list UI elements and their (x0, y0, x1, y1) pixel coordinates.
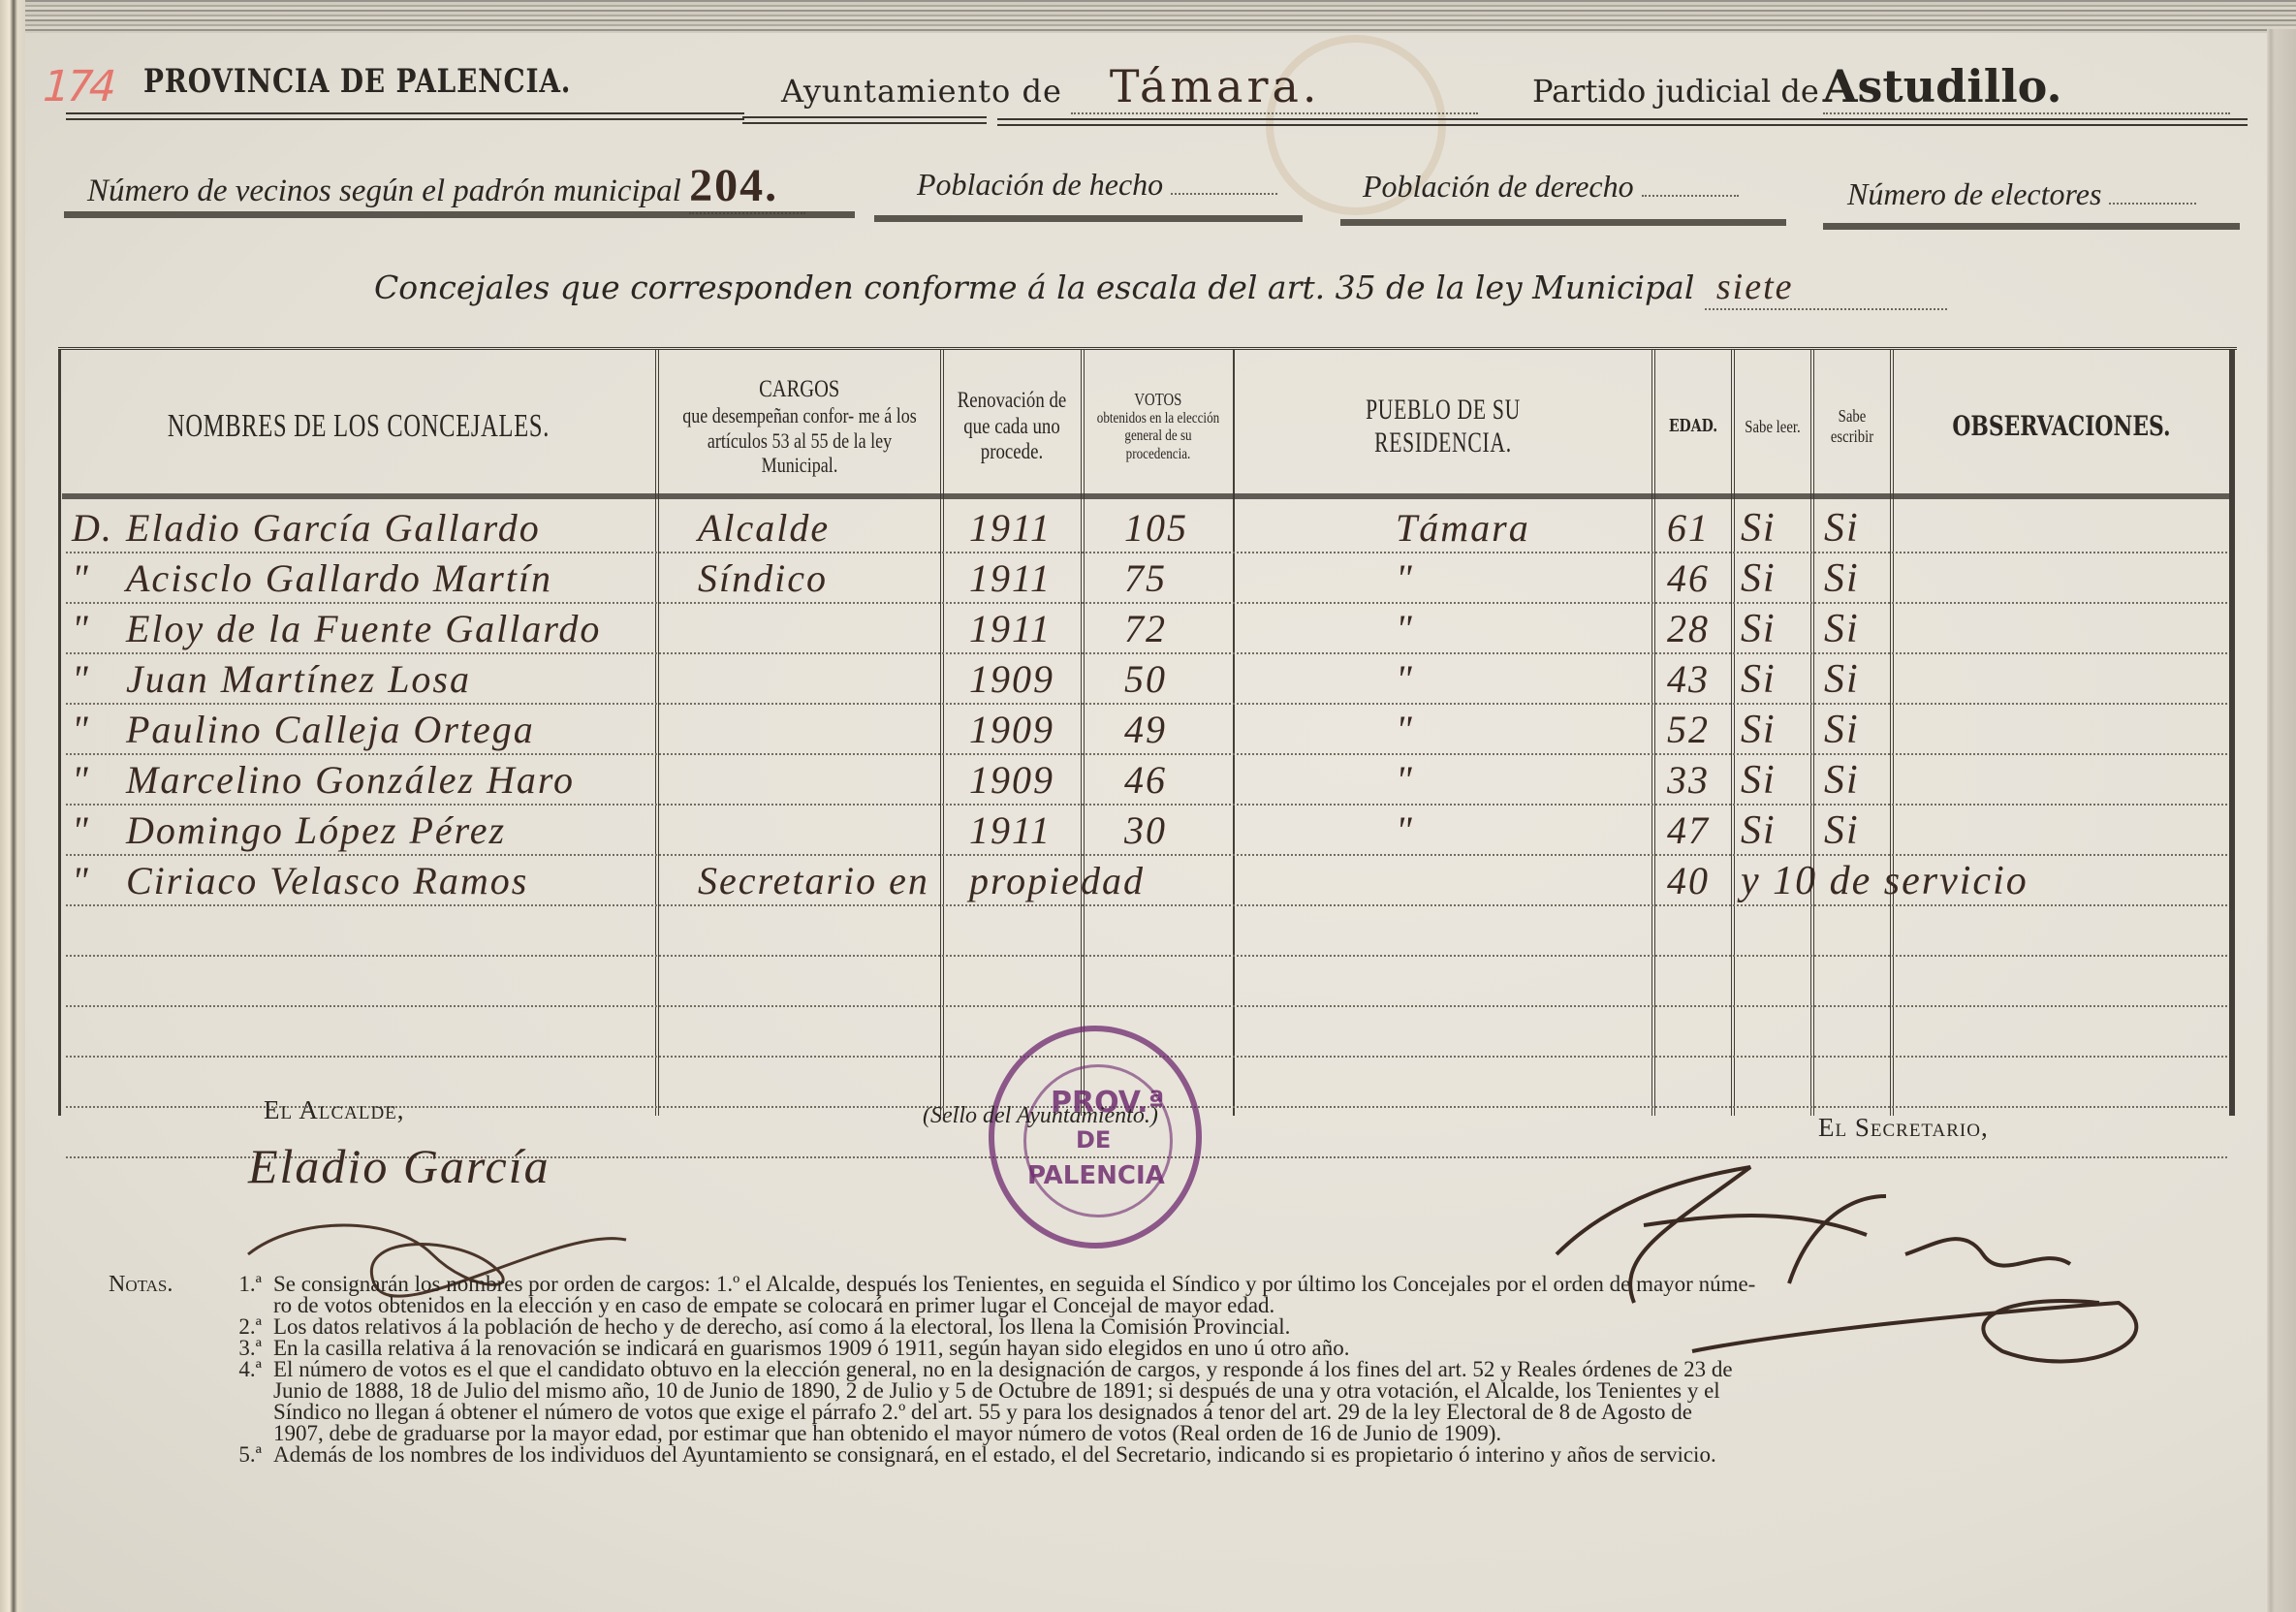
concejales-value: siete (1705, 266, 1947, 310)
note-line: 3.ªEn la casilla relativa á la renovació… (109, 1338, 2241, 1359)
cell-renovacion: 1909 (969, 707, 1054, 752)
cell-pueblo: " (1396, 555, 1414, 601)
cell-nombre: Domingo López Pérez (126, 807, 506, 853)
book-page-edges-top (0, 0, 2296, 33)
poblacion-hecho-value (1171, 193, 1277, 195)
poblacion-hecho-label: Población de hecho (917, 167, 1163, 202)
cell-renovacion: propiedad (969, 858, 1145, 903)
cell-leer: Si (1741, 757, 1777, 804)
cell-escribir: Si (1824, 555, 1860, 602)
concejales-label: Concejales que corresponden conforme á l… (374, 269, 1694, 306)
book-page-edges-right (2267, 29, 2296, 1612)
note-line: 2.ªLos datos relativos á la población de… (109, 1316, 2241, 1338)
cell-prefix: " (72, 757, 90, 803)
population-rule (64, 211, 855, 218)
row-dotted-line (66, 652, 2227, 654)
ayuntamiento-label: Ayuntamiento de (781, 73, 1062, 110)
cell-nombre: Eladio García Gallardo (126, 505, 541, 551)
cell-renovacion: 1909 (969, 656, 1054, 702)
cell-leer: y 10 de servicio (1741, 858, 2029, 904)
column-divider (1233, 350, 1235, 1116)
electores-label: Número de electores (1847, 176, 2101, 211)
poblacion-derecho-value (1642, 195, 1739, 197)
header-pueblo: PUEBLO DE SU RESIDENCIA. (1295, 363, 1592, 490)
column-divider (1810, 350, 1814, 1116)
poblacion-derecho-field: Población de derecho (1363, 169, 1739, 205)
ayuntamiento-field: Ayuntamiento de Támara. (781, 60, 1478, 114)
partido-label: Partido judicial de (1532, 73, 1819, 110)
row-dotted-line (66, 552, 2227, 553)
cell-escribir: Si (1824, 807, 1860, 854)
cell-edad: 43 (1667, 656, 1710, 702)
vecinos-field: Número de vecinos según el padrón munici… (87, 159, 805, 214)
cell-votos: 72 (1124, 606, 1167, 651)
header-bottom-rule (62, 493, 2229, 499)
header-edad: EDAD. (1664, 363, 1723, 490)
cell-pueblo: " (1396, 757, 1414, 803)
cell-pueblo: " (1396, 606, 1414, 651)
header-votos: VOTOS obtenidos en la elección general d… (1085, 363, 1231, 490)
cell-edad: 47 (1667, 807, 1710, 853)
row-dotted-line (66, 1005, 2227, 1007)
cell-escribir: Si (1824, 656, 1860, 703)
cell-pueblo: Támara (1396, 505, 1530, 551)
partido-field: Partido judicial de Astudillo. (1532, 60, 2230, 114)
book-binding-left (0, 0, 25, 1612)
column-divider (1651, 350, 1655, 1116)
cell-cargo: Síndico (698, 555, 828, 601)
cell-prefix: " (72, 807, 90, 853)
note-line: 5.ªAdemás de los nombres de los individu… (109, 1444, 2241, 1466)
header-cargos: CARGOS que desempeñan confor- me á los a… (659, 363, 940, 490)
cell-pueblo: " (1396, 707, 1414, 752)
cell-votos: 46 (1124, 757, 1167, 803)
cell-leer: Si (1741, 656, 1777, 703)
header-rule (742, 116, 987, 124)
cell-prefix: " (72, 707, 90, 752)
alcalde-signature: Eladio García (248, 1138, 550, 1194)
row-dotted-line (66, 854, 2227, 856)
header-observaciones: OBSERVACIONES. (1931, 363, 2192, 490)
cell-escribir: Si (1824, 606, 1860, 652)
header-rule (997, 118, 2248, 126)
cell-prefix: D. (72, 505, 113, 551)
cell-prefix: " (72, 656, 90, 702)
electores-value (2109, 203, 2196, 205)
row-dotted-line (66, 904, 2227, 906)
column-divider (1890, 350, 1894, 1116)
note-line: ro de votos obtenidos en la elección y e… (109, 1295, 2241, 1316)
cell-escribir: Si (1824, 505, 1860, 552)
cell-pueblo: " (1396, 807, 1414, 853)
row-dotted-line (66, 804, 2227, 806)
cell-votos: 105 (1124, 505, 1188, 551)
cell-votos: 49 (1124, 707, 1167, 752)
cell-renovacion: 1911 (969, 555, 1052, 601)
cell-prefix: " (72, 555, 90, 601)
notes-section: Notas.1.ªSe consignarán los nombres por … (109, 1274, 2241, 1466)
cell-leer: Si (1741, 707, 1777, 753)
cell-nombre: Ciriaco Velasco Ramos (126, 858, 528, 903)
cell-votos: 50 (1124, 656, 1167, 702)
note-line: Junio de 1888, 18 de Julio del mismo año… (109, 1380, 2241, 1402)
cell-nombre: Paulino Calleja Ortega (126, 707, 535, 752)
cell-edad: 40 (1667, 858, 1710, 903)
concejales-field: Concejales que corresponden conforme á l… (374, 266, 1947, 310)
note-line: Notas.1.ªSe consignarán los nombres por … (109, 1274, 2241, 1295)
cell-escribir: Si (1824, 707, 1860, 753)
note-line: 4.ªEl número de votos es el que el candi… (109, 1359, 2241, 1380)
provincia-title: PROVINCIA DE PALENCIA. (143, 62, 571, 101)
cell-edad: 46 (1667, 555, 1710, 601)
note-line: Síndico no llegan á obtener el número de… (109, 1402, 2241, 1423)
vecinos-value: 204. (689, 159, 805, 214)
alcalde-label: El Alcalde, (264, 1095, 405, 1125)
column-divider (1081, 350, 1085, 1116)
electores-field: Número de electores (1847, 176, 2196, 212)
sello-label: (Sello del Ayuntamiento.) (923, 1103, 1158, 1129)
table-border-left (58, 350, 61, 1116)
table-border-right (2229, 350, 2235, 1116)
column-divider (940, 350, 944, 1116)
cell-leer: Si (1741, 807, 1777, 854)
folio-number: 174 (37, 62, 119, 111)
poblacion-hecho-field: Población de hecho (917, 167, 1277, 203)
row-dotted-line (66, 703, 2227, 705)
row-dotted-line (66, 955, 2227, 957)
cell-edad: 28 (1667, 606, 1710, 651)
cell-votos: 30 (1124, 807, 1167, 853)
note-line: 1907, debe de graduarse por la mayor eda… (109, 1423, 2241, 1444)
cell-prefix: " (72, 606, 90, 651)
cell-pueblo: " (1396, 656, 1414, 702)
poblacion-derecho-label: Población de derecho (1363, 169, 1634, 204)
cell-nombre: Marcelino González Haro (126, 757, 575, 803)
concejales-table: NOMBRES DE LOS CONCEJALES. CARGOS que de… (58, 347, 2237, 1116)
population-rule (874, 215, 1303, 222)
ayuntamiento-value: Támara. (1071, 60, 1478, 114)
cell-renovacion: 1911 (969, 606, 1052, 651)
cell-prefix: " (72, 858, 90, 903)
cell-leer: Si (1741, 555, 1777, 602)
population-rule (1340, 219, 1786, 226)
row-dotted-line (66, 753, 2227, 755)
cell-cargo: Alcalde (698, 505, 830, 551)
partido-value: Astudillo. (1823, 60, 2230, 114)
cell-edad: 52 (1667, 707, 1710, 752)
cell-votos: 75 (1124, 555, 1167, 601)
vecinos-label: Número de vecinos según el padrón munici… (87, 174, 681, 208)
document-page: 174 PROVINCIA DE PALENCIA. Ayuntamiento … (25, 33, 2267, 1612)
cell-nombre: Acisclo Gallardo Martín (126, 555, 552, 601)
cell-renovacion: 1909 (969, 757, 1054, 803)
cell-escribir: Si (1824, 757, 1860, 804)
cell-leer: Si (1741, 505, 1777, 552)
header-nombres: NOMBRES DE LOS CONCEJALES. (149, 363, 568, 490)
cell-edad: 33 (1667, 757, 1710, 803)
cell-leer: Si (1741, 606, 1777, 652)
header-sabe-escribir: Sabe escribir (1821, 363, 1883, 490)
cell-renovacion: 1911 (969, 505, 1052, 551)
cell-edad: 61 (1667, 505, 1710, 551)
cell-nombre: Eloy de la Fuente Gallardo (126, 606, 601, 651)
cell-cargo: Secretario en (698, 858, 929, 903)
row-dotted-line (66, 602, 2227, 604)
header-renovacion: Renovación de que cada uno procede. (957, 363, 1068, 490)
cell-nombre: Juan Martínez Losa (126, 656, 471, 702)
population-rule (1823, 223, 2240, 230)
ayuntamiento-seal: PROV.ª DE PALENCIA (989, 1026, 1202, 1249)
column-divider (1731, 350, 1735, 1116)
header-sabe-leer: Sabe leer. (1742, 363, 1804, 490)
header-rule (66, 112, 744, 120)
cell-renovacion: 1911 (969, 807, 1052, 853)
